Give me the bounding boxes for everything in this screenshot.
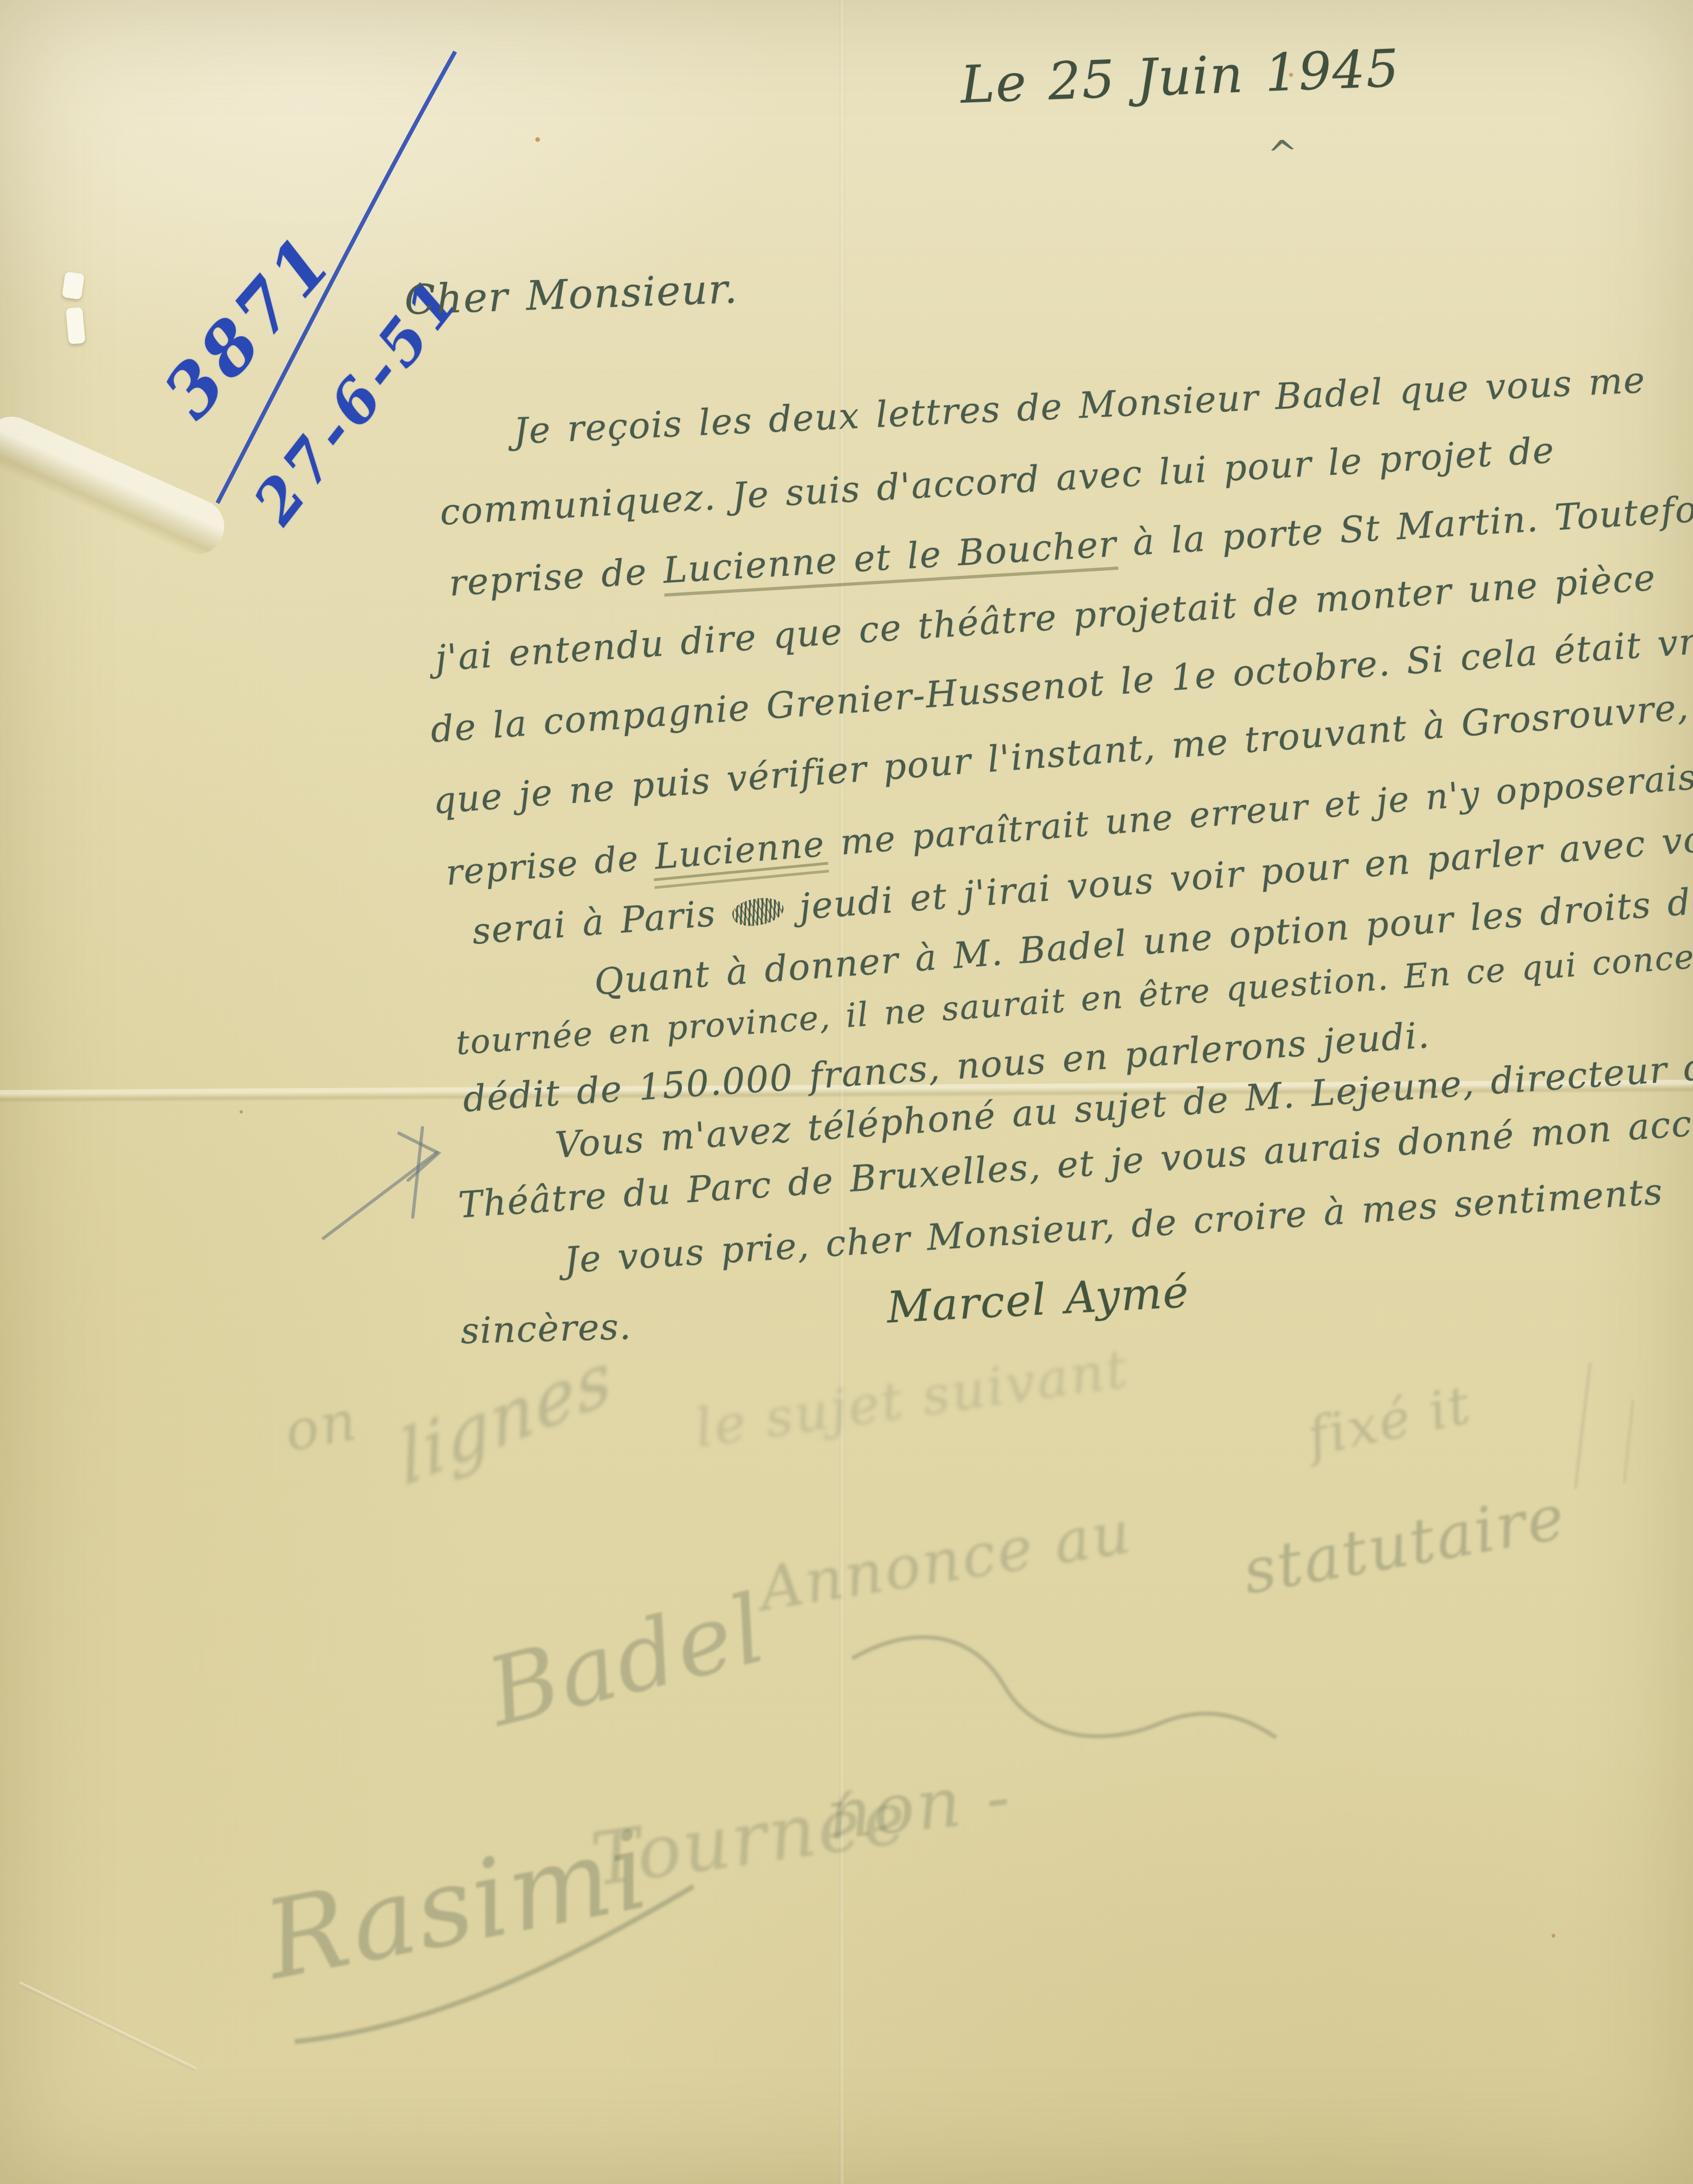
pencil-note-scrawl: Annonce au — [755, 1496, 1136, 1624]
paper-speck — [535, 137, 540, 142]
pencil-note-scrawl: lignes — [395, 1333, 617, 1503]
paper-speck — [1552, 1934, 1555, 1938]
body-text: serai à Paris — [471, 892, 734, 953]
salutation: Cher Monsieur. — [404, 265, 738, 324]
pencil-note-scrawl: on — [280, 1388, 363, 1464]
paper-crease-streak — [0, 408, 233, 563]
body-text: reprise de — [448, 550, 664, 604]
pencil-note-scrawl: fixé it — [1302, 1374, 1477, 1469]
pencil-wavy-line — [852, 1637, 1276, 1738]
body-text: à la porte St Martin. Toutefois, — [1116, 486, 1693, 564]
letter-date: Le 25 Juin 1945 — [960, 38, 1401, 115]
caret-mark: ^ — [1266, 132, 1300, 176]
pencil-note-scrawl: statutaire — [1237, 1480, 1571, 1608]
staple-mark — [62, 271, 84, 299]
signature: Marcel Aymé — [885, 1267, 1190, 1333]
pencil-note-badel: Badel — [477, 1574, 777, 1748]
paper-speck — [240, 1110, 243, 1113]
margin-arrow-icon — [323, 1128, 439, 1238]
underlined-play-title: Lucienne — [653, 823, 826, 877]
underlined-play-title: Lucienne et le Boucher — [662, 523, 1119, 597]
staple-mark — [66, 307, 86, 345]
fold-crease-corner — [18, 1981, 197, 2072]
pencil-stray-stroke — [1576, 1363, 1590, 1489]
pencil-stray-stroke — [1624, 1400, 1633, 1483]
pencil-note-scrawl: le sujet suivant — [691, 1338, 1133, 1460]
pencil-note-rasimi: Rasimi — [255, 1807, 659, 2004]
scratched-out-word — [730, 894, 785, 930]
body-text: reprise de — [445, 836, 656, 893]
scanned-letter-page: 3871 27-6-51 Le 25 Juin 1945 ^ Cher Mons… — [0, 0, 1693, 2184]
